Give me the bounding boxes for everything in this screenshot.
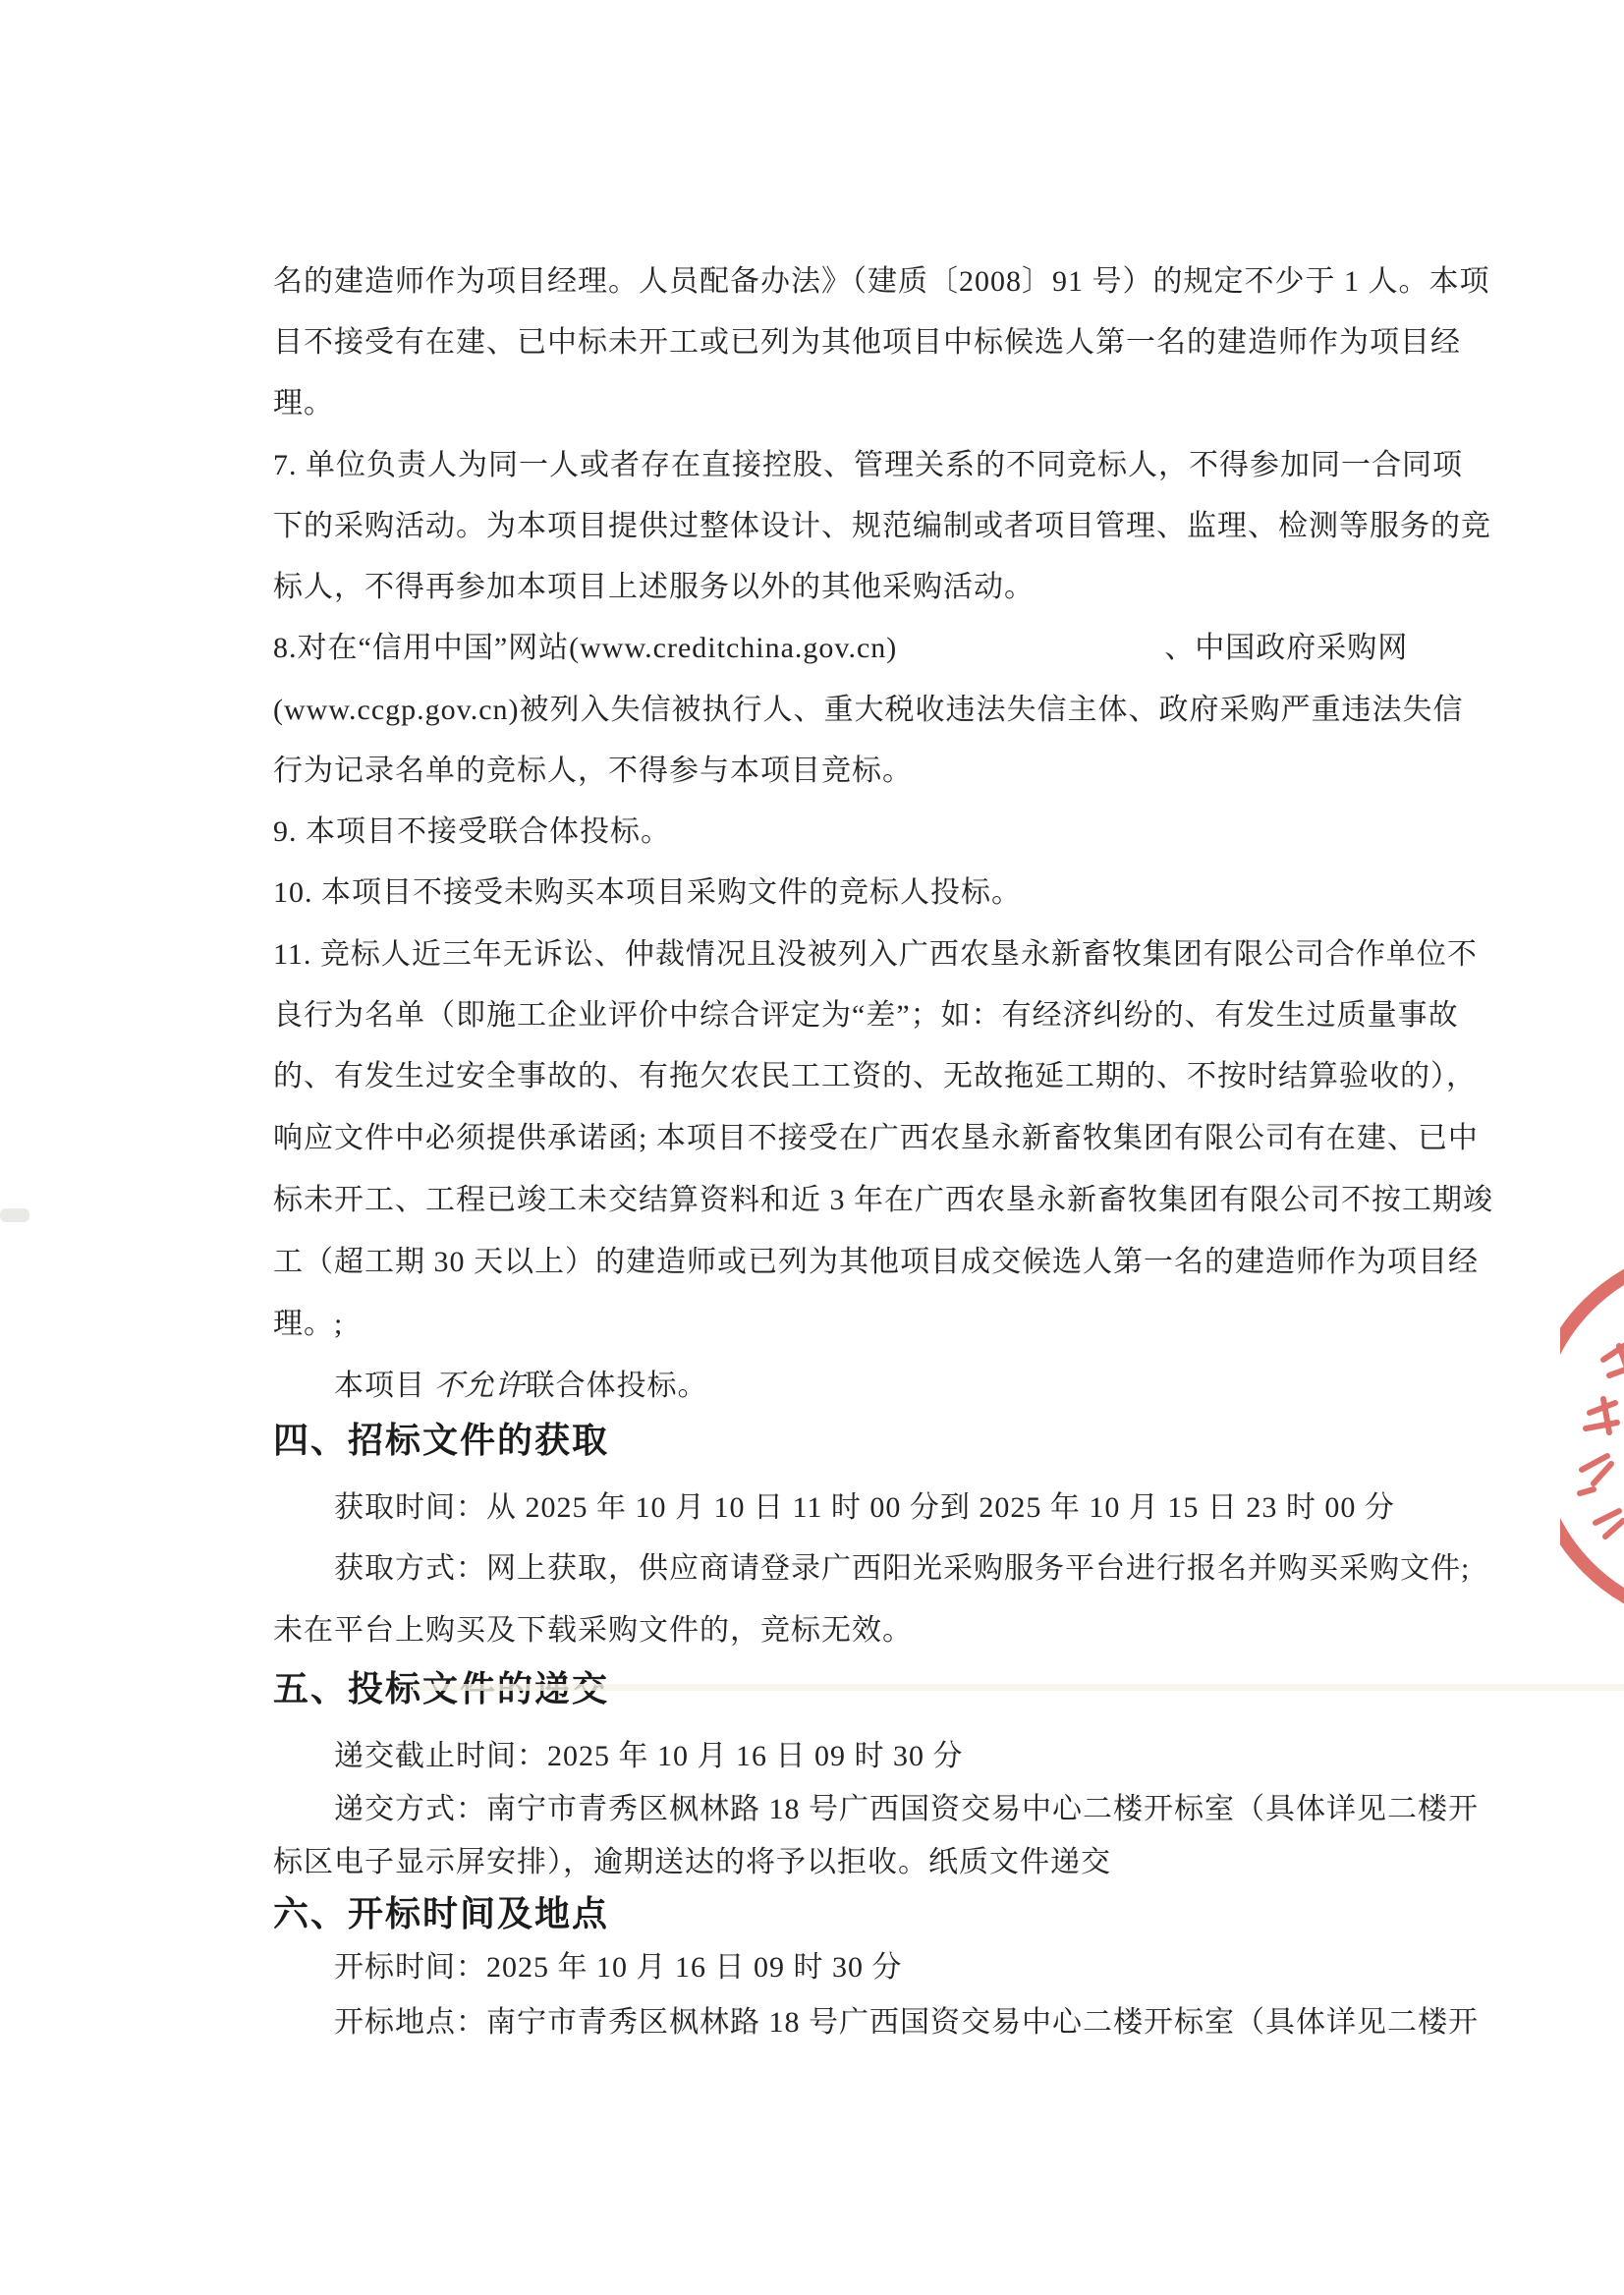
paragraph-line-item-11: 11. 竞标人近三年无诉讼、仲裁情况且没被列入广西农垦永新畜牧集团有限公司合作单…: [273, 936, 1478, 974]
paragraph-line: 标区电子显示屏安排），逾期送达的将予以拒收。纸质文件递交: [273, 1844, 1111, 1881]
circular-red-seal-icon: [1560, 1265, 1624, 1604]
acquisition-method-line: 获取方式：网上获取，供应商请登录广西阳光采购服务平台进行报名并购买采购文件;: [334, 1550, 1470, 1588]
opening-time-line: 开标时间：2025 年 10 月 16 日 09 时 30 分: [334, 1949, 903, 1987]
submission-deadline-line: 递交截止时间：2025 年 10 月 16 日 09 时 30 分: [334, 1738, 964, 1775]
paragraph-line: 下的采购活动。为本项目提供过整体设计、规范编制或者项目管理、监理、检测等服务的竞: [273, 508, 1491, 545]
red-seal-stamp-partial: [1560, 1265, 1624, 1604]
acquisition-time-line: 获取时间：从 2025 年 10 月 10 日 11 时 00 分到 2025 …: [334, 1489, 1395, 1527]
section-heading-6-bid-opening: 六、开标时间及地点: [273, 1895, 609, 1932]
paragraph-line-item-8: 8.对在“信用中国”网站(www.creditchina.gov.cn)、中国政…: [273, 630, 1408, 667]
paragraph-line: 响应文件中必须提供承诺函; 本项目不接受在广西农垦永新畜牧集团有限公司有在建、已…: [273, 1120, 1479, 1157]
statement-emphasis-not-allowed: 不允许: [434, 1370, 526, 1402]
paragraph-line-item-9: 9. 本项目不接受联合体投标。: [273, 813, 671, 851]
paragraph-line: 的、有发生过安全事故的、有拖欠农民工工资的、无故拖延工期的、不按时结算验收的），: [273, 1058, 1477, 1095]
paragraph-line: 目不接受有在建、已中标未开工或已列为其他项目中标候选人第一名的建造师作为项目经: [273, 324, 1461, 362]
paragraph-line: 行为记录名单的竞标人，不得参与本项目竞标。: [273, 753, 913, 790]
statement-prefix: 本项目: [334, 1370, 434, 1402]
paragraph-line: 理。: [273, 385, 334, 422]
no-consortium-statement: 本项目 不允许联合体投标。: [334, 1368, 708, 1405]
scanned-document-page: 名的建造师作为项目经理。人员配备办法》（建质〔2008〕91 号）的规定不少于 …: [0, 0, 1624, 2295]
submission-method-line: 递交方式：南宁市青秀区枫林路 18 号广西国资交易中心二楼开标室（具体详见二楼开: [334, 1791, 1479, 1828]
paragraph-line: 理。;: [273, 1306, 343, 1343]
paragraph-line: 未在平台上购买及下载采购文件的，竞标无效。: [273, 1612, 913, 1650]
scan-streak-artifact: [413, 1684, 1624, 1691]
paragraph-line: (www.ccgp.gov.cn)被列入失信被执行人、重大税收违法失信主体、政府…: [273, 692, 1464, 729]
section-heading-4-document-acquisition: 四、招标文件的获取: [273, 1422, 609, 1459]
paragraph-line: 良行为名单（即施工企业评价中综合评定为“差”；如：有经济纠纷的、有发生过质量事故: [273, 997, 1459, 1035]
paragraph-line-item-7: 7. 单位负责人为同一人或者存在直接控股、管理关系的不同竞标人，不得参加同一合同…: [273, 447, 1463, 484]
opening-location-line: 开标地点：南宁市青秀区枫林路 18 号广西国资交易中心二楼开标室（具体详见二楼开: [334, 2004, 1479, 2042]
credit-china-url-text: 8.对在“信用中国”网站(www.creditchina.gov.cn): [273, 632, 897, 664]
scan-smudge-artifact: [0, 1208, 29, 1222]
gov-procurement-site-text: 、中国政府采购网: [1164, 632, 1408, 664]
paragraph-line: 标未开工、工程已竣工未交结算资料和近 3 年在广西农垦永新畜牧集团有限公司不按工…: [273, 1182, 1493, 1219]
paragraph-line-item-10: 10. 本项目不接受未购买本项目采购文件的竞标人投标。: [273, 874, 1022, 912]
paragraph-line: 名的建造师作为项目经理。人员配备办法》（建质〔2008〕91 号）的规定不少于 …: [273, 263, 1490, 301]
statement-suffix: 联合体投标。: [526, 1370, 708, 1402]
paragraph-line: 工（超工期 30 天以上）的建造师或已列为其他项目成交候选人第一名的建造师作为项…: [273, 1244, 1479, 1281]
paragraph-line: 标人，不得再参加本项目上述服务以外的其他采购活动。: [273, 569, 1035, 606]
